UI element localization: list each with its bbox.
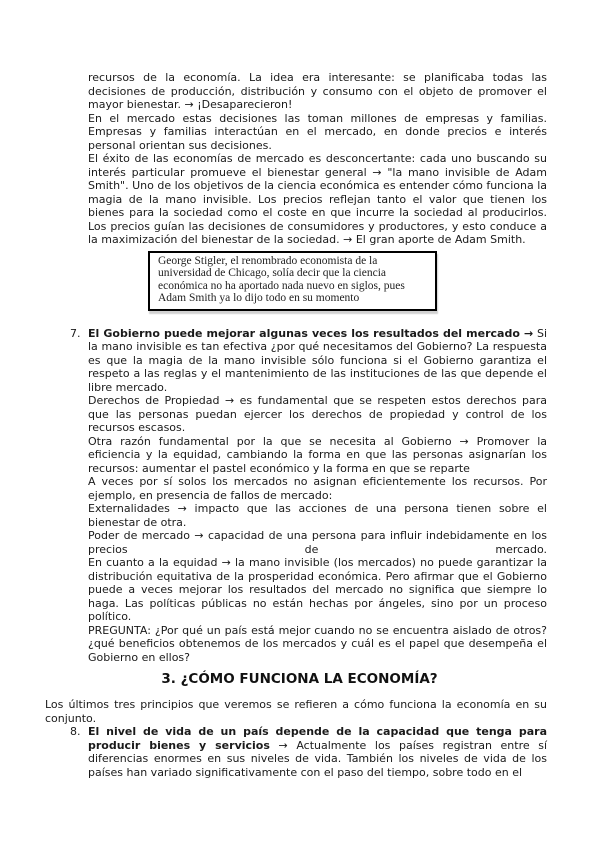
list-item-7: 7. El Gobierno puede mejorar algunas vec…	[70, 327, 547, 665]
item-7-content: El Gobierno puede mejorar algunas veces …	[88, 327, 547, 665]
market-power-word-2: de	[305, 543, 319, 557]
item-7-paragraph-externalities: Externalidades → impacto que las accione…	[88, 502, 547, 529]
intro-paragraph-1: recursos de la economía. La idea era int…	[88, 71, 547, 112]
intro-block: recursos de la economía. La idea era int…	[88, 71, 547, 247]
item-7-lead-paragraph: El Gobierno puede mejorar algunas veces …	[88, 327, 547, 395]
quote-text: George Stigler, el renombrado economista…	[158, 255, 405, 305]
list-item-8: 8. El nivel de vida de un país depende d…	[70, 725, 547, 779]
market-power-line-2: precios de mercado.	[88, 543, 547, 557]
item-7-paragraph-other-reason: Otra razón fundamental por la que se nec…	[88, 435, 547, 476]
intro-paragraph-2: En el mercado estas decisiones las toman…	[88, 112, 547, 153]
section-3-intro: Los últimos tres principios que veremos …	[45, 698, 547, 725]
market-power-line-1: Poder de mercado → capacidad de una pers…	[88, 529, 547, 543]
item-7-title: El Gobierno puede mejorar algunas veces …	[88, 327, 533, 340]
item-7-paragraph-question: PREGUNTA: ¿Por qué un país está mejor cu…	[88, 624, 547, 665]
item-7-number: 7.	[70, 327, 88, 665]
item-8-number: 8.	[70, 725, 88, 779]
market-power-word-3: mercado.	[495, 543, 547, 557]
market-power-word-1: precios	[88, 543, 128, 557]
item-8-content: El nivel de vida de un país depende de l…	[88, 725, 547, 779]
item-7-paragraph-property-rights: Derechos de Propiedad → es fundamental q…	[88, 394, 547, 435]
quote-box: George Stigler, el renombrado economista…	[148, 251, 437, 311]
item-7-paragraph-market-failures: A veces por sí solos los mercados no asi…	[88, 475, 547, 502]
intro-paragraph-3: El éxito de las economías de mercado es …	[88, 152, 547, 247]
section-3-heading: 3. ¿CÓMO FUNCIONA LA ECONOMÍA?	[0, 671, 599, 687]
item-8-lead-paragraph: El nivel de vida de un país depende de l…	[88, 725, 547, 779]
item-7-paragraph-equity: En cuanto a la equidad → la mano invisib…	[88, 556, 547, 624]
document-page: recursos de la economía. La idea era int…	[0, 0, 599, 848]
